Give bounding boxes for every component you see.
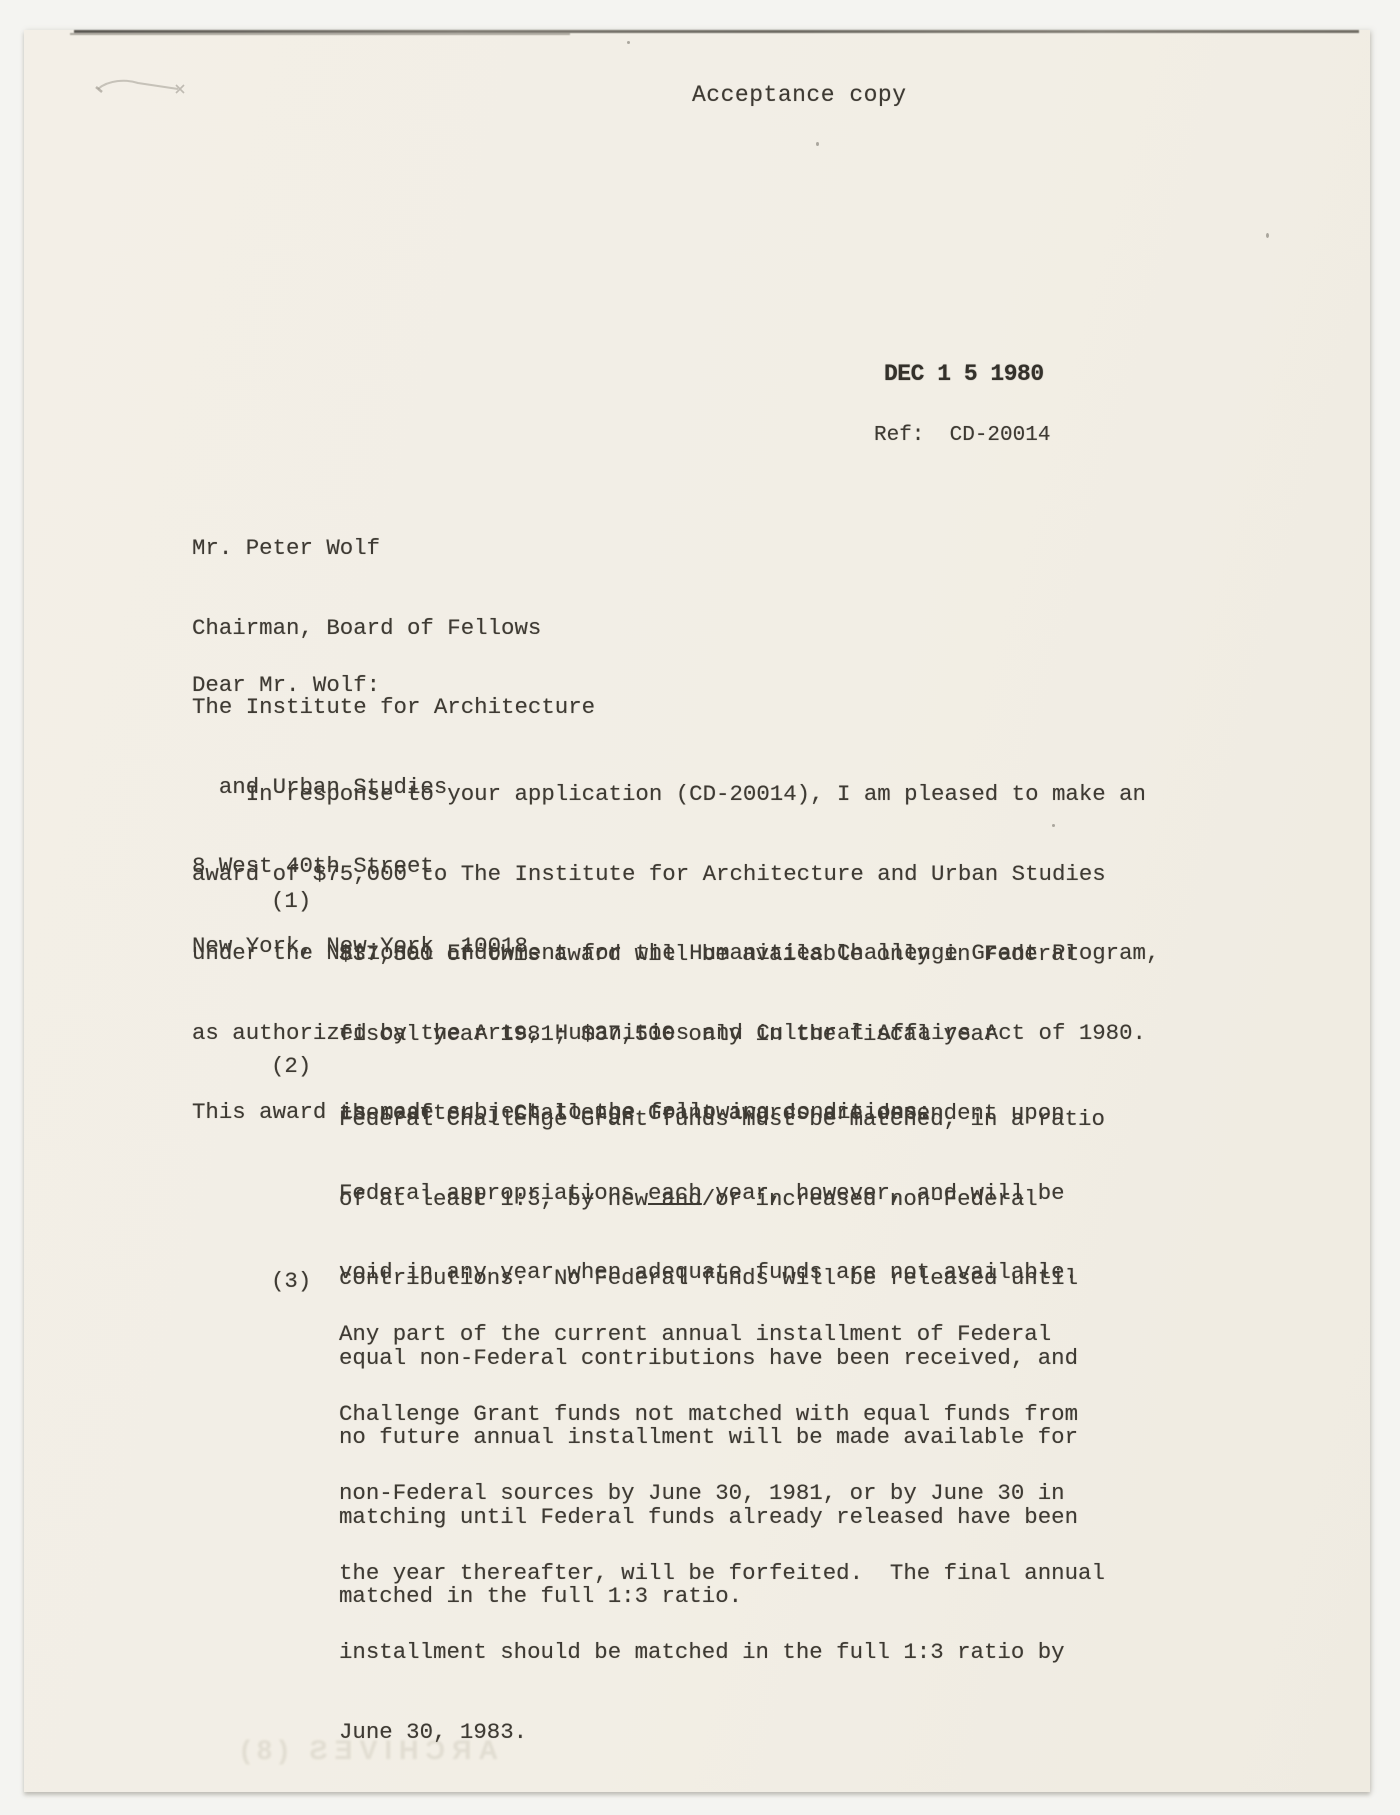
condition-text: Any part of the current annual installme… — [339, 1268, 1105, 1798]
corner-label: Acceptance copy — [692, 82, 907, 109]
paper-speck — [816, 142, 819, 146]
salutation: Dear Mr. Wolf: — [192, 672, 380, 699]
recipient-name: Mr. Peter Wolf — [192, 535, 595, 562]
scan-edge-line-faint — [70, 33, 570, 35]
letter-page: Acceptance copy DEC 1 5 1980 Ref: CD-200… — [24, 30, 1370, 1792]
recipient-title: Chairman, Board of Fellows — [192, 615, 595, 642]
staple-mark-icon — [92, 63, 202, 103]
paper-speck — [627, 41, 630, 44]
condition-number: (3) — [271, 1268, 312, 1798]
received-date-stamp: DEC 1 5 1980 — [884, 361, 1044, 388]
bleed-through-stamp: ARCHIVES (8) — [234, 1735, 498, 1766]
reference-line: Ref: CD-20014 — [874, 423, 1050, 450]
scanned-letter: Acceptance copy DEC 1 5 1980 Ref: CD-200… — [0, 0, 1400, 1815]
paper-speck — [1266, 233, 1269, 238]
condition-item-3: (3) Any part of the current annual insta… — [271, 1268, 1105, 1798]
